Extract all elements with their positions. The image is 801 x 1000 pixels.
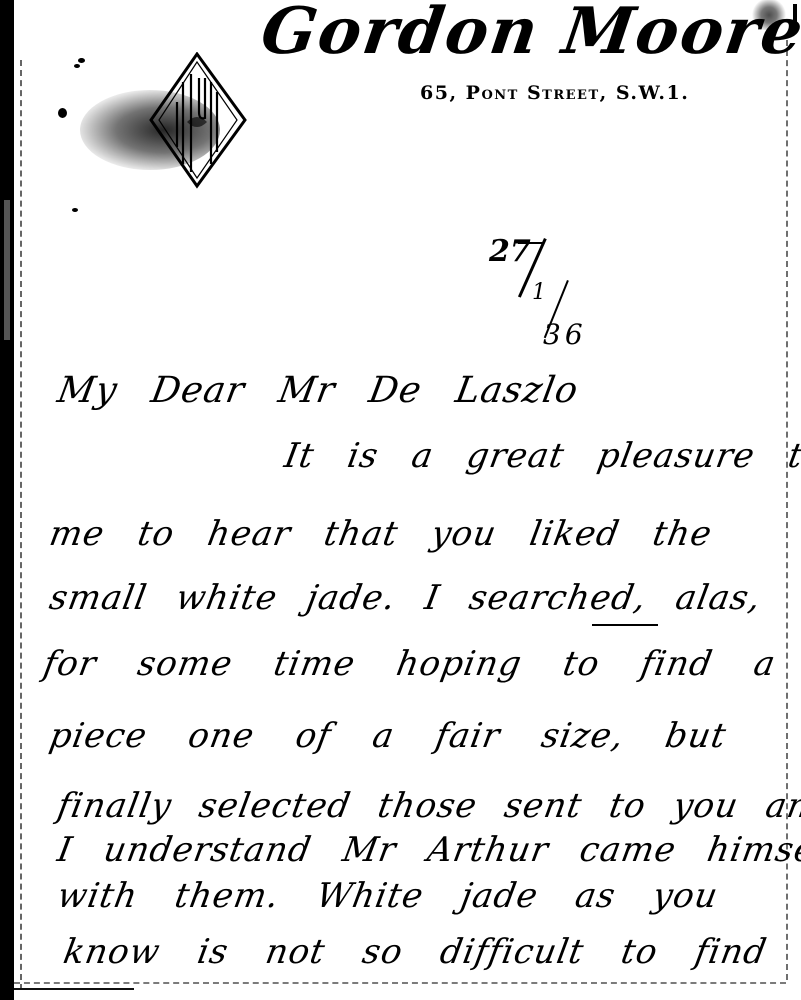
scan-speck xyxy=(74,64,80,68)
body-line-5: piece one of a fair size, but xyxy=(46,716,729,756)
date-month: 1 xyxy=(532,280,546,305)
scan-binding-edge xyxy=(0,0,14,1000)
left-margin-dashed-border xyxy=(20,60,22,990)
body-line-7: I understand Mr Arthur came himself xyxy=(54,830,801,870)
bottom-edge-line xyxy=(14,988,134,990)
bottom-dashed-border xyxy=(14,982,786,984)
scan-speck xyxy=(78,58,85,63)
date-stroke xyxy=(518,242,544,244)
body-line-3: small white jade. I searched, alas, xyxy=(46,578,764,618)
monogram-diamond-icon xyxy=(147,52,247,192)
scan-speck xyxy=(58,108,67,118)
date-day: 27 xyxy=(489,234,531,269)
body-line-9: know is not so difficult to find xyxy=(60,932,770,972)
scan-edge-artifact xyxy=(4,200,10,340)
underline-searched xyxy=(592,624,658,626)
salutation: My Dear Mr De Laszlo xyxy=(54,370,581,411)
body-line-8: with them. White jade as you xyxy=(54,876,721,916)
letterhead-address: 65, Pont Street, S.W.1. xyxy=(420,82,689,104)
body-line-6: finally selected those sent to you and xyxy=(54,786,801,826)
scanned-letter-page: Gordon Moore 65, Pont Street, S.W.1. 27 … xyxy=(0,0,801,1000)
body-line-1: It is a great pleasure to xyxy=(281,436,801,476)
date-year: 36 xyxy=(543,318,587,351)
body-line-2: me to hear that you liked the xyxy=(46,514,715,554)
body-line-4: for some time hoping to find a xyxy=(40,644,779,684)
letterhead-name: Gordon Moore xyxy=(257,0,801,69)
scan-speck xyxy=(72,208,78,212)
